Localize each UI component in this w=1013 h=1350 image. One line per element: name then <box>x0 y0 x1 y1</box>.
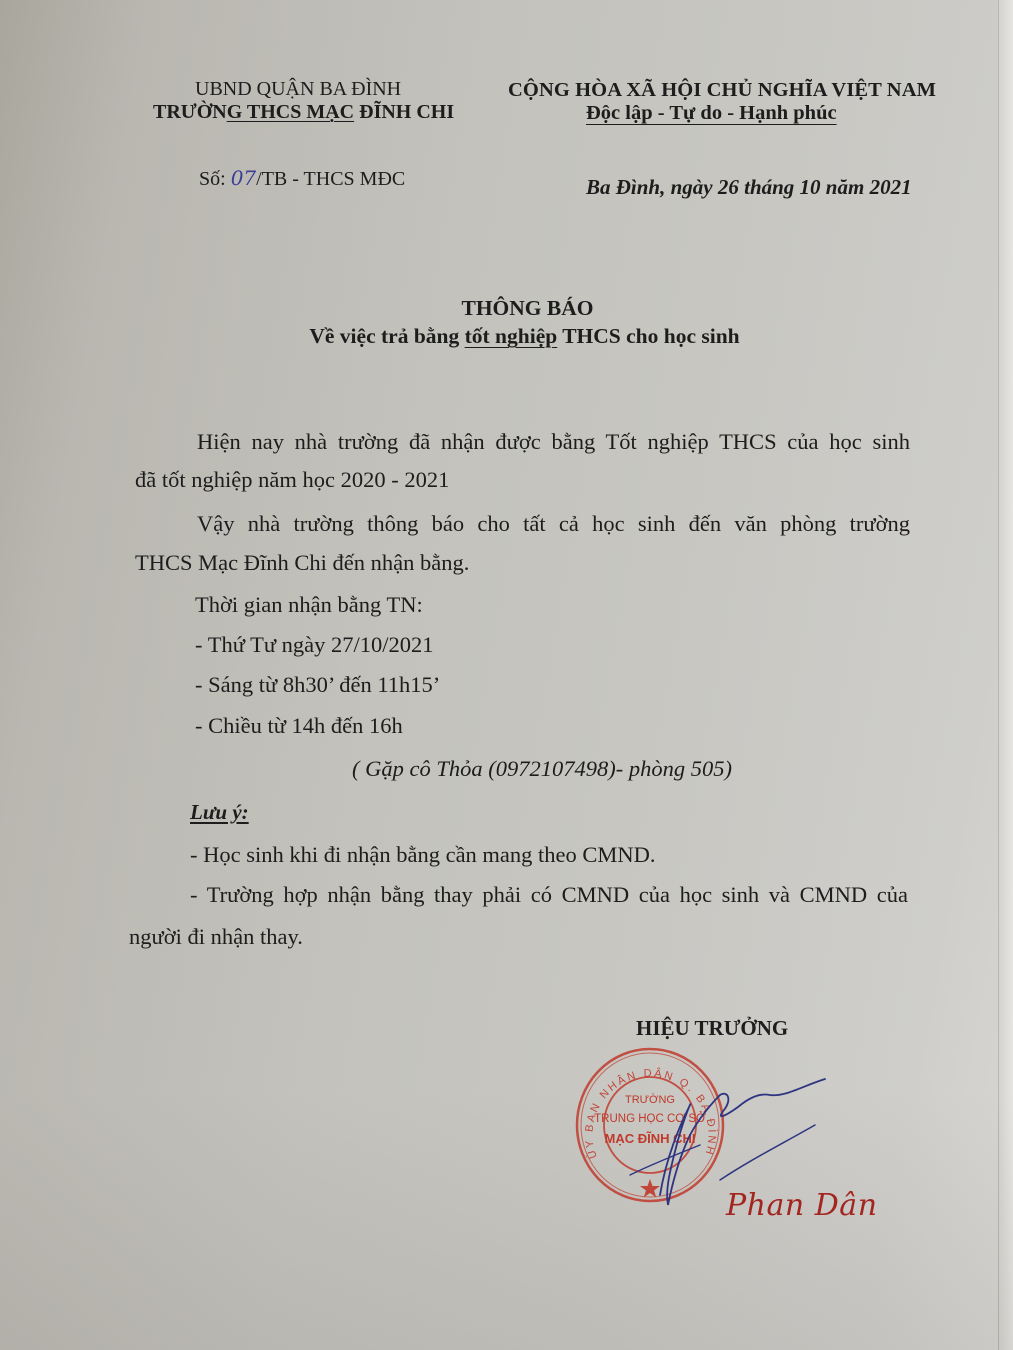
handwritten-number: 07 <box>231 166 256 190</box>
number-label: Số: <box>199 168 231 190</box>
school-name-part: ĐĨNH CHI <box>354 101 454 123</box>
place-date: Ba Đình, ngày 26 tháng 10 năm 2021 <box>586 175 912 200</box>
document-subtitle: Về việc trả bằng tốt nghiệp THCS cho học… <box>0 324 1013 349</box>
notes-heading: Lưu ý: <box>190 800 249 825</box>
signer-name: Phan Dân <box>726 1188 878 1223</box>
subtitle-underlined: tốt nghiệp <box>465 324 558 348</box>
time-item: - Chiều từ 14h đến 16h <box>195 713 403 739</box>
subtitle-part: Về việc trả bằng <box>309 324 464 348</box>
subtitle-part: THCS cho học sinh <box>557 324 739 348</box>
contact-info: ( Gặp cô Thỏa (0972107498)- phòng 505) <box>352 756 732 782</box>
country-name: CỘNG HÒA XÃ HỘI CHỦ NGHĨA VIỆT NAM <box>508 79 936 102</box>
school-name: TRƯỜNG THCS MẠC ĐĨNH CHI <box>153 101 454 124</box>
note-item-continued: người đi nhận thay. <box>129 924 303 950</box>
time-heading: Thời gian nhận bằng TN: <box>195 592 423 618</box>
time-item: - Thứ Tư ngày 27/10/2021 <box>195 632 434 658</box>
time-item: - Sáng từ 8h30’ đến 11h15’ <box>195 672 440 698</box>
school-name-underlined: G THCS MẠC <box>227 101 354 123</box>
document-title: THÔNG BÁO <box>0 296 1013 321</box>
document-number: Số: 07/TB - THCS MĐC <box>199 166 405 191</box>
paper-edge <box>998 0 1013 1350</box>
paragraph-2-line-1: Vậy nhà trường thông báo cho tất cả học … <box>197 511 910 537</box>
national-motto: Độc lập - Tự do - Hạnh phúc <box>586 102 837 125</box>
agency-name: UBND QUẬN BA ĐÌNH <box>195 78 401 101</box>
note-item: - Trường hợp nhận bằng thay phải có CMND… <box>190 882 908 908</box>
paragraph-2-line-2: THCS Mạc Đĩnh Chi đến nhận bằng. <box>135 550 469 576</box>
paragraph-1-line-1: Hiện nay nhà trường đã nhận được bằng Tố… <box>197 429 910 455</box>
school-name-part: TRƯỜN <box>153 101 227 123</box>
paragraph-1-line-2: đã tốt nghiệp năm học 2020 - 2021 <box>135 467 449 493</box>
note-item: - Học sinh khi đi nhận bằng cần mang the… <box>190 842 656 868</box>
signer-title: HIỆU TRƯỞNG <box>636 1016 788 1041</box>
number-suffix: /TB - THCS MĐC <box>256 168 405 190</box>
